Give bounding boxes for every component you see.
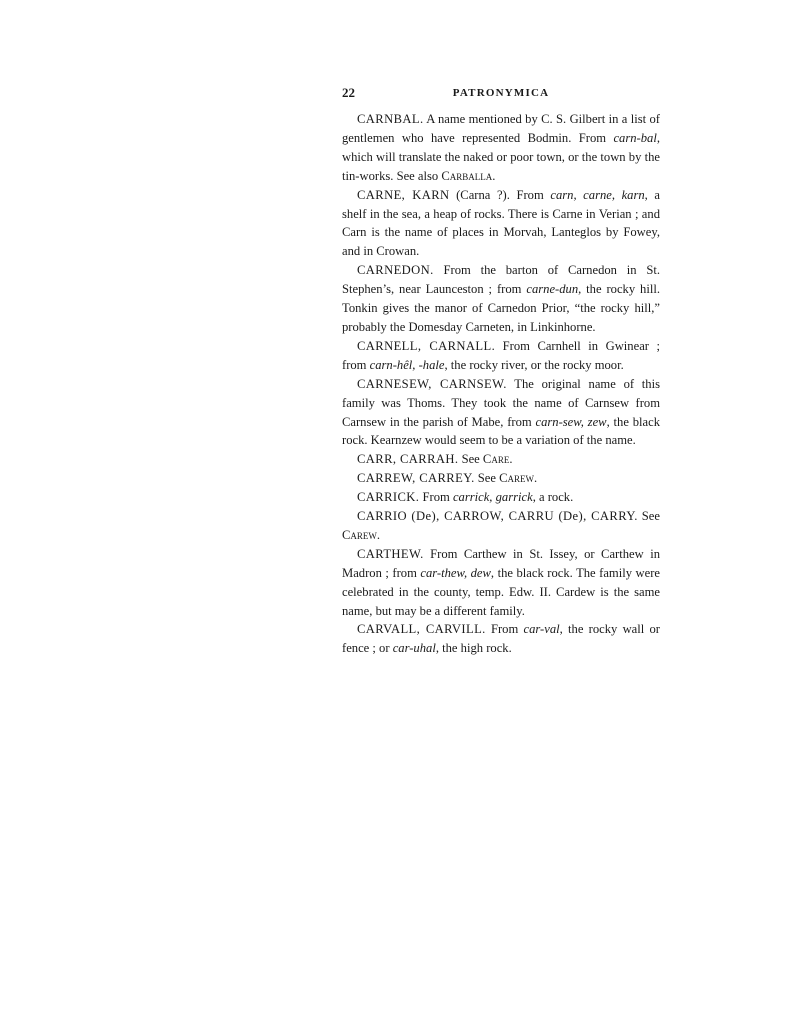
etymology-term: car-val xyxy=(524,622,560,636)
dictionary-entry: CARNBAL. A name mentioned by C. S. Gilbe… xyxy=(342,110,660,186)
entry-headword: CARNBAL. xyxy=(357,112,424,126)
dictionary-entry: CARNE, KARN (Carna ?). From carn, carne,… xyxy=(342,186,660,262)
entry-headword: CARRIO (De), CARROW, CARRU (De), CARRY. xyxy=(357,509,638,523)
etymology-term: car-thew, dew xyxy=(420,566,491,580)
entry-text: , a rock. xyxy=(533,490,574,504)
page-header: 22 PATRONYMICA xyxy=(342,84,660,106)
dictionary-entry: CARNEDON. From the barton of Carnedon in… xyxy=(342,261,660,337)
entry-headword: CARNELL, CARNALL. xyxy=(357,339,495,353)
entry-text: , the high rock. xyxy=(436,641,512,655)
etymology-term: carne-dun xyxy=(526,282,578,296)
entry-headword: CARTHEW. xyxy=(357,547,424,561)
dictionary-entry: CARREW, CARREY. See Carew. xyxy=(342,469,660,488)
etymology-term: car-uhal xyxy=(393,641,436,655)
etymology-term: carn-hêl, -hale xyxy=(370,358,445,372)
entry-list: CARNBAL. A name mentioned by C. S. Gilbe… xyxy=(342,110,660,658)
entry-headword: CARNE, KARN xyxy=(357,188,450,202)
cross-reference: Carew xyxy=(499,471,534,485)
entry-text: See xyxy=(458,452,482,466)
entry-text: From xyxy=(419,490,453,504)
etymology-term: carn-bal xyxy=(613,131,656,145)
entry-text: (Carna ?). From xyxy=(450,188,551,202)
entry-headword: CARR, CARRAH. xyxy=(357,452,458,466)
entry-headword: CARNEDON. xyxy=(357,263,434,277)
dictionary-entry: CARNELL, CARNALL. From Carnhell in Gwine… xyxy=(342,337,660,375)
entry-text: . xyxy=(534,471,537,485)
entry-text: . xyxy=(509,452,512,466)
cross-reference: Carew xyxy=(342,528,377,542)
entry-text: From xyxy=(486,622,524,636)
dictionary-entry: CARVALL, CARVILL. From car-val, the rock… xyxy=(342,620,660,658)
entry-text: See xyxy=(638,509,660,523)
entry-text: See xyxy=(475,471,499,485)
entry-text: . xyxy=(377,528,380,542)
cross-reference: Care xyxy=(483,452,509,466)
cross-reference: Carballa xyxy=(441,169,492,183)
dictionary-entry: CARTHEW. From Carthew in St. Issey, or C… xyxy=(342,545,660,621)
entry-headword: CARNESEW, CARNSEW. xyxy=(357,377,507,391)
etymology-term: carn-sew, zew xyxy=(535,415,606,429)
entry-headword: CARRICK. xyxy=(357,490,419,504)
entry-headword: CARVALL, CARVILL. xyxy=(357,622,486,636)
running-title: PATRONYMICA xyxy=(342,84,660,103)
etymology-term: carrick, garrick xyxy=(453,490,533,504)
dictionary-entry: CARRIO (De), CARROW, CARRU (De), CARRY. … xyxy=(342,507,660,545)
entry-text: . xyxy=(492,169,495,183)
entry-headword: CARREW, CARREY. xyxy=(357,471,475,485)
etymology-term: carn, carne, karn xyxy=(550,188,644,202)
dictionary-entry: CARR, CARRAH. See Care. xyxy=(342,450,660,469)
book-page: 22 PATRONYMICA CARNBAL. A name mentioned… xyxy=(342,84,660,658)
dictionary-entry: CARRICK. From carrick, garrick, a rock. xyxy=(342,488,660,507)
entry-text: , the rocky river, or the rocky moor. xyxy=(444,358,623,372)
dictionary-entry: CARNESEW, CARNSEW. The original name of … xyxy=(342,375,660,451)
